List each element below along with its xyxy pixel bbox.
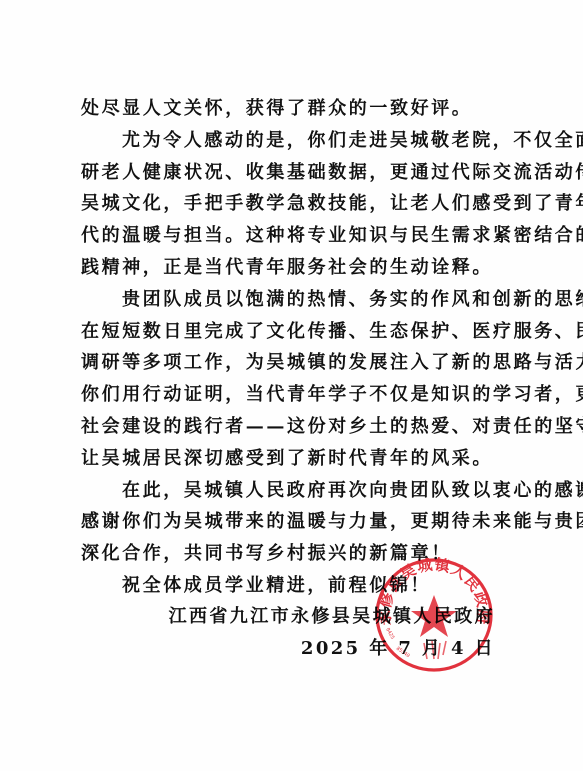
- letter-line-5: 代的温暖与担当。这种将专业知识与民生需求紧密结合的实: [81, 224, 583, 248]
- date: 2025 年 7 月 4 日: [301, 637, 495, 661]
- letter-line-15: 深化合作，共同书写乡村振兴的新篇章！: [81, 542, 452, 566]
- letter-line-11: 社会建设的践行者——这份对乡土的热爱、对责任的坚守，: [81, 415, 583, 439]
- letter-line-7: 贵团队成员以饱满的热情、务实的作风和创新的思维，: [122, 288, 583, 312]
- letter-line-9: 调研等多项工作，为吴城镇的发展注入了新的思路与活力。: [81, 351, 583, 375]
- letter-line-14: 感谢你们为吴城带来的温暖与力量，更期待未来能与贵团队: [81, 510, 583, 534]
- letter-line-13: 在此，吴城镇人民政府再次向贵团队致以衷心的感谢！: [122, 479, 583, 503]
- letter-page: 处尽显人文关怀，获得了群众的一致好评。 尤为令人感动的是，你们走进吴城敬老院，不…: [0, 0, 583, 771]
- letter-line-12: 让吴城居民深切感受到了新时代青年的风采。: [81, 447, 493, 471]
- signature: 江西省九江市永修县吴城镇人民政府: [169, 605, 495, 629]
- letter-line-3: 研老人健康状况、收集基础数据，更通过代际交流活动传递: [81, 161, 583, 185]
- letter-closing: 祝全体成员学业精进，前程似锦！: [122, 574, 431, 598]
- letter-line-4: 吴城文化，手把手教学急救技能，让老人们感受到了青年一: [81, 192, 583, 216]
- letter-line-6: 践精神，正是当代青年服务社会的生动诠释。: [81, 256, 493, 280]
- letter-line-1: 处尽显人文关怀，获得了群众的一致好评。: [81, 97, 472, 121]
- letter-line-8: 在短短数日里完成了文化传播、生态保护、医疗服务、民生: [81, 320, 583, 344]
- letter-line-2: 尤为令人感动的是，你们走进吴城敬老院，不仅全面调: [122, 129, 583, 153]
- letter-line-10: 你们用行动证明，当代青年学子不仅是知识的学习者，更是: [81, 383, 583, 407]
